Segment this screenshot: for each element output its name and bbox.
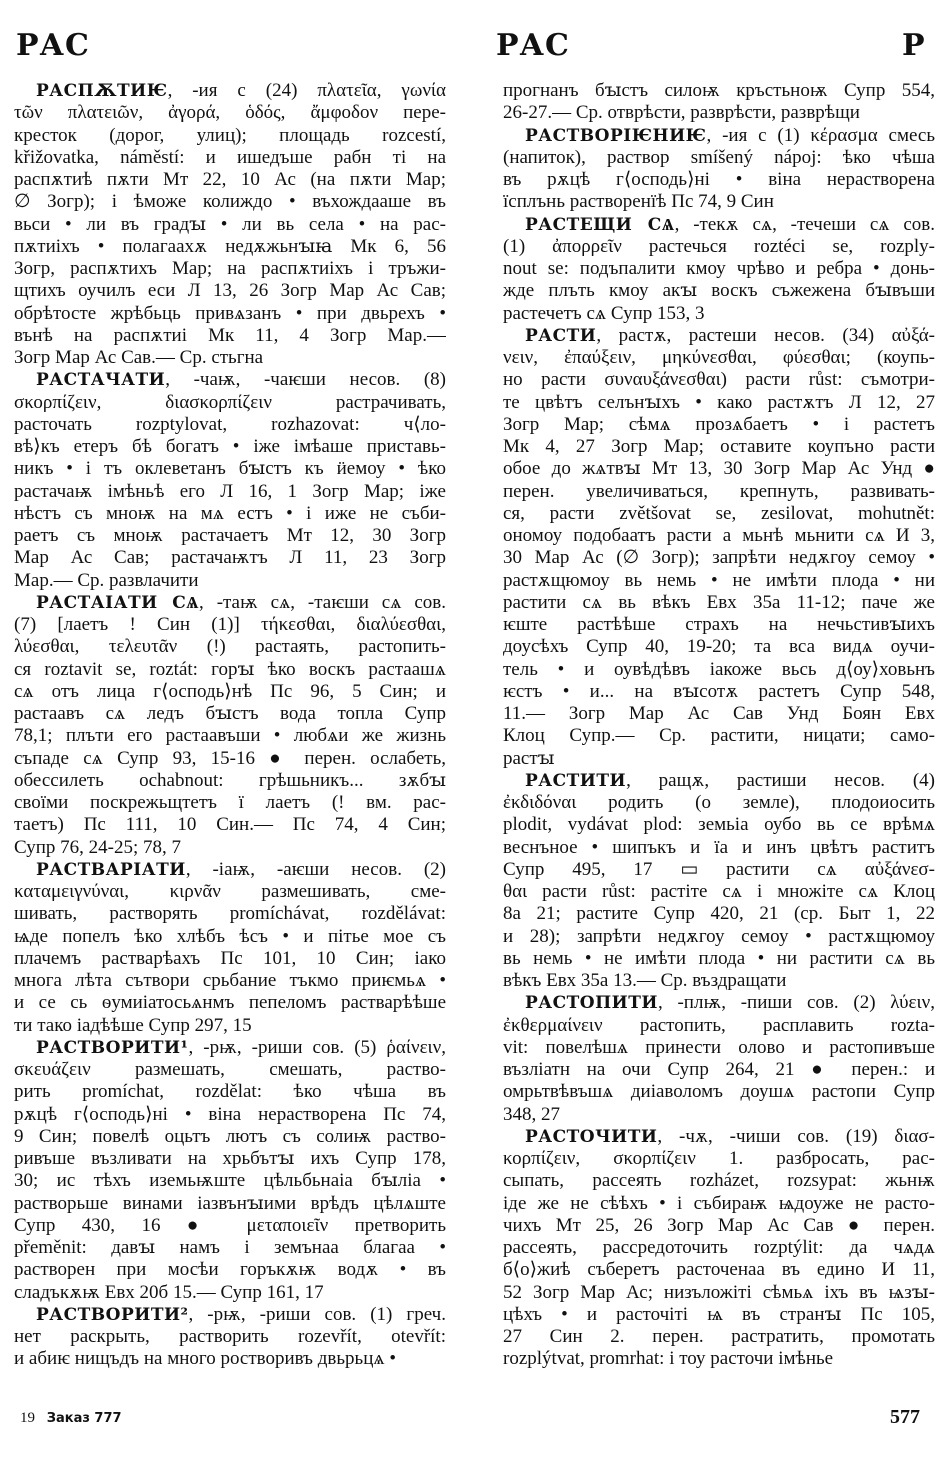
text-line: доусѣхъ Супр 40, 19-20; та вса видѧ оучи… [503,636,935,658]
text-line: (7) [лаетъ ! Син (1)] τήκεσθαι, διαλύεσθ… [14,614,446,636]
text-line: vit: повелѣшѧ принести олово и растопивъ… [503,1037,935,1059]
text-line: плачемъ растварѣахъ Пс 101, 10 Син; іако [14,948,446,970]
text-line: ѥстъ • и... на вꙑсотѫ растетъ Супр 548, [503,681,935,703]
text-line: растечетъ сѧ Супр 153, 3 [503,303,935,325]
text-line: сыпать, рассеять rozházet, rozsypat: жьн… [503,1170,935,1192]
text-line: Зогр, распѫтихъ Мар; на распѫтиіхъ і тръ… [14,258,446,280]
text-line: въ рѫцѣ г⟨осподь⟩ні • віна нерастворена [503,169,935,191]
text-line: τῶν πλατειῶν, ἀγορά, ὁδός, ἄμφοδον пере- [14,102,446,124]
text-line: растворен при мосѣи горъкѫѭ водѫ • въ [14,1259,446,1281]
text-line: но расти συναυξάνεσθαι) расти růst: съмо… [503,369,935,391]
entry-text: , растѫ, растеши несов. (34) αὐξά- [596,325,935,346]
text-line: чихъ Мт 25, 26 Зогр Мар Ас Сав ● перен. [503,1215,935,1237]
text-line: ἐκθερμαίνειν растопить, расплавить rozta… [503,1015,935,1037]
text-line: кресток (дорог, улиц); площадь rozcestí, [14,125,446,147]
text-line: растачаѭ імѣньѣ его Л 16, 1 Зогр Мар; іж… [14,481,446,503]
text-line: омрьтвѣвъшѧ диіаволомъ доушѧ растопи Суп… [503,1081,935,1103]
text-line: сѧ отъ лица г⟨осподь⟩нѣ Пс 96, 5 Син; и [14,681,446,703]
text-line: σκορπίζειν, διασκορπίζειν растрачивать, [14,392,446,414]
text-line: РАСТВОРІѤНИѤ, -ия с (1) κέρασμα смесь [503,125,935,147]
text-line: plodit, vydávat plod: земьіа оубо вь се … [503,814,935,836]
headword: РАСПѪТИѤ [36,81,168,101]
text-line: вѣ⟩къ етеръ бѣ богатъ • іже імѣаше прист… [14,436,446,458]
text-line: обое до жѧтвꙑ Мт 13, 30 Зогр Мар Ас Унд … [503,458,935,480]
text-line: 78,1; плъти его растаавъши • любѧи же жи… [14,725,446,747]
text-line: таетъ) Пс 111, 10 Син.— Пс 74, 4 Син; [14,814,446,836]
text-line: ѩде попелъ ѣко хлѣбъ ѣсъ • и пітье мое с… [14,926,446,948]
text-line: възліатн на очи Супр 264, 21 ● перен.: и [503,1059,935,1081]
text-line: ∅ Зогр); і ѣможе колиждо • въхождааше въ [14,191,446,213]
text-line: РАСТЕЩИ СѦ, -текѫ сѧ, -течеши сѧ сов. [503,214,935,236]
text-line: вь немь • не имѣти плода • ни растити сѧ… [503,948,935,970]
headword: РАСТАЧАТИ [36,370,165,390]
text-line: РАСТАІАТИ СѦ, -таѭ сѧ, -таѥши сѧ сов. [14,592,446,614]
text-line: 52 Зогр Мар Ас; низъложіті сѣмьѧ іхъ въ … [503,1282,935,1304]
signature-number: 19 [20,1410,35,1426]
text-line: (напиток), раствор smíšený nápoj: ѣко чѣ… [503,147,935,169]
text-line: РАСТИ, растѫ, растеши несов. (34) αὐξά- [503,325,935,347]
text-line: и се сь ѳумиіатосьѧнмъ пепеломъ растварѣ… [14,992,446,1014]
text-line: своїми поскрежьщтетъ ї лаетъ (! вм. рас- [14,792,446,814]
entry-text: , -таѭ сѧ, -таѥши сѧ сов. [199,592,446,613]
text-line: 30; ис тѣхъ иземьѭште цѣльбьнаіа бꙑліа • [14,1170,446,1192]
text-line: Супр 495, 17 ▭ растити сѧ αὐξάνεσ- [503,859,935,881]
headword: РАСТИ [525,326,596,346]
printer-signature: 19 Заказ 777 [20,1410,122,1427]
text-line: съпаде сѧ Супр 93, 15-16 ● перен. ослабе… [14,748,446,770]
text-line: ономоу подобаатъ расти а мьнѣ мьнити сѧ … [503,525,935,547]
headword: РАСТОПИТИ [525,993,658,1013]
headword: РАСТВОРИТИ¹ [36,1038,189,1058]
headword: РАСТВОРІѤНИѤ [525,126,707,146]
headword: РАСТАІАТИ СѦ [36,593,199,613]
text-line: шивать, растворять promíchávat, rozděláv… [14,903,446,925]
headword: РАСТЕЩИ СѦ [525,215,675,235]
text-line: растити сѧ вь вѣкъ Евх 35а 11-12; паче ж… [503,592,935,614]
entry-text: , -чѫ, -чиши сов. (19) διασ- [657,1126,935,1147]
text-line: 27 Син 2. перен. растратить, промотать [503,1326,935,1348]
text-line: растворьше винами іазвънꙑими врѣдъ цѣлѧш… [14,1193,446,1215]
text-line: 11.— Зогр Мар Ас Сав Унд Боян Евх [503,703,935,725]
text-line: ѥште растѣѣше страхъ на нечьстивꙑихъ [503,614,935,636]
text-line: ся roztavit se, roztát: горꙑ ѣко воскъ р… [14,659,446,681]
text-line: многа лѣта сътвори срьбание тъкмо приѥмь… [14,970,446,992]
text-line: вѣкъ Евх 35а 13.— Ср. въздращати [503,970,935,992]
text-line: те цвѣтъ селънꙑхъ • како растѫтъ Л 12, 2… [503,392,935,414]
text-line: Зогр Мар; сѣмѧ прозѧбаетъ • і растетъ [503,414,935,436]
text-line: вьси • ли въ градꙑ • ли вь села • на рас… [14,214,446,236]
text-line: нѣстъ съ мноѭ на мѧ естъ • і иже не съби… [14,503,446,525]
text-line: растꙑ [503,748,935,770]
entry-text: , -рѭ, -риши сов. (5) ῥαίνειν, [189,1037,447,1058]
text-line: РАСТВАРІАТИ, -іаѭ, -аѥши несов. (2) [14,859,446,881]
text-line: rozplýtvat, promrhat: і тоу расточи імѣн… [503,1348,935,1370]
text-line: θαι расти růst: растіте сѧ і множіте сѧ … [503,881,935,903]
text-line: перен. увеличиваться, крепнуть, развиват… [503,481,935,503]
text-line: (1) ἀπορρεῖν растечься roztéci se, rozpl… [503,236,935,258]
right-column: прогнанъ бꙑстъ силоѭ кръстьноѭ Супр 554,… [503,80,935,1371]
text-line: жде плъть кмоу акꙑ воскъ съжежена бꙑвъши [503,280,935,302]
text-line: обессилеть ochabnout: грѣшьникъ... зѫбꙑ [14,770,446,792]
text-line: РАСТАЧАТИ, -чаѭ, -чаѥши несов. (8) [14,369,446,391]
running-head-right: Р [902,28,926,63]
signature-text: Заказ 777 [47,1411,122,1426]
text-line: λύεσθαι, τελευτᾶν (!) растаять, растопит… [14,636,446,658]
text-line: рить promíchat, rozdělat: ѣко чѣша въ [14,1081,446,1103]
text-line: ти тако іадѣѣше Супр 297, 15 [14,1015,446,1037]
text-line: κορπίζειν, σκορπίζειν 1. разбросать, рас… [503,1148,935,1170]
text-line: přeměnit: давꙑ намъ і земънаа благаа • [14,1237,446,1259]
text-line: ἐκδιδόναι родить (о земле), плодоиосить [503,792,935,814]
entry-text: , -чаѭ, -чаѥши несов. (8) [165,369,446,390]
text-line: тель • и оувѣдѣвъ іакоже вьсь д⟨оу⟩ховьн… [503,659,935,681]
text-line: Мар.— Ср. развлачити [14,570,446,592]
text-line: никъ • і тъ оклеветанъ бꙑстъ къ ӥемоу • … [14,458,446,480]
text-line: рѫцѣ г⟨осподь⟩ні • віна нерастворена Пс … [14,1104,446,1126]
text-line: Мк 4, 27 Зогр Мар; оставите коупъно раст… [503,436,935,458]
text-line: прогнанъ бꙑстъ силоѭ кръстьноѭ Супр 554, [503,80,935,102]
text-line: 348, 27 [503,1104,935,1126]
text-line: 8а 21; растите Супр 420, 21 (ср. Быт 1, … [503,903,935,925]
entry-text: , -іаѭ, -аѥши несов. (2) [186,859,446,880]
text-line: їсплънь растворенїѣ Пс 74, 9 Син [503,191,935,213]
text-line: Мар Ас Сав; растачаѭтъ Л 11, 23 Зогр [14,547,446,569]
text-line: іде же не сѣѣхъ • і събираѭ ѩдоуже не ра… [503,1193,935,1215]
text-line: цѣхъ • и расточіті ѩ въ странꙑ Пс 105, [503,1304,935,1326]
text-line: рассеять, рассредоточить rozptýlit: да ч… [503,1237,935,1259]
entry-text: , -плѭ, -пиши сов. (2) λύειν, [658,992,935,1013]
text-line: РАСТОЧИТИ, -чѫ, -чиши сов. (19) διασ- [503,1126,935,1148]
entry-text: , ращѫ, растиши несов. (4) [626,770,935,791]
text-line: и абиѥ нищъдъ на много ростворивъ двьрьц… [14,1348,446,1370]
text-line: вънѣ на распѫтиі Мк 11, 4 Зогр Мар.— [14,325,446,347]
text-line: и 28); запрѣти недѫгоу семоу • растѫщюмо… [503,926,935,948]
text-line: Клоц Супр.— Ср. растити, ницати; само- [503,725,935,747]
text-line: раетъ съ мноѭ растачаетъ Мт 12, 30 Зогр [14,525,446,547]
text-line: 26-27.— Ср. отврѣсти, разврѣсти, разврѣщ… [503,102,935,124]
left-column: РАСПѪТИѤ, -ия с (24) πλατεῖα, γωνίατῶν π… [14,80,446,1371]
text-line: křižovatka, náměstí: и ишедъше рабн ті н… [14,147,446,169]
text-line: щтихъ оучилъ еси Л 13, 26 Зогр Мар Ас Са… [14,280,446,302]
text-line: РАСТВОРИТИ¹, -рѭ, -риши сов. (5) ῥαίνειν… [14,1037,446,1059]
text-line: расточать rozptylovat, rozhazovat: ч⟨ло- [14,414,446,436]
running-head-left: РАС [16,28,90,63]
text-line: распѫтиѣ пѫти Мт 22, 10 Ас (на пѫти Мар; [14,169,446,191]
text-line: 9 Син; повелѣ оцьтъ лютъ съ солиѭ раство… [14,1126,446,1148]
entry-text: , -рѭ, -риши сов. (1) греч. [189,1304,447,1325]
text-line: РАСТИТИ, ращѫ, растиши несов. (4) [503,770,935,792]
text-line: νειν, ἐπαύξειν, μηκύνεσθαι, φύεσθαι; (ко… [503,347,935,369]
text-line: пѫтиіхъ • полагаахѫ недѫжьнꙑꙗ Мк 6, 56 [14,236,446,258]
headword: РАСТВАРІАТИ [36,860,186,880]
entry-text: , -ия с (24) πλατεῖα, γωνία [168,80,446,101]
text-line: РАСТОПИТИ, -плѭ, -пиши сов. (2) λύειν, [503,992,935,1014]
text-line: РАСПѪТИѤ, -ия с (24) πλατεῖα, γωνία [14,80,446,102]
text-line: ривъше възливати на хрьбътꙑ ихъ Супр 178… [14,1148,446,1170]
text-line: нет раскрыть, растворить rozevřít, otevř… [14,1326,446,1348]
text-line: σκευάζειν размешать, смешать, раство- [14,1059,446,1081]
running-head-center: РАС [496,28,570,63]
text-line: nout se: подъпалити кмоу чрѣво и ребра •… [503,258,935,280]
text-line: Супр 76, 24-25; 78, 7 [14,837,446,859]
headword: РАСТОЧИТИ [525,1127,657,1147]
headword: РАСТИТИ [525,771,626,791]
text-line: καταμειγνύναι, κιρνᾶν размешивать, сме- [14,881,446,903]
text-line: растѫщюмоу вь немь • не имѣти плода • ни [503,570,935,592]
text-line: веснъное • шипъкъ и їа и инъ цвѣтъ расти… [503,837,935,859]
text-line: РАСТВОРИТИ², -рѭ, -риши сов. (1) греч. [14,1304,446,1326]
headword: РАСТВОРИТИ² [36,1305,189,1325]
text-line: Супр 430, 16 ● μεταποιεῖν претворить [14,1215,446,1237]
text-line: растаавъ сѧ ледъ бꙑстъ вода топла Супр [14,703,446,725]
text-line: Зогр Мар Ас Сав.— Ср. стьгна [14,347,446,369]
text-line: сладъкѫѭ Евх 20б 15.— Супр 161, 17 [14,1282,446,1304]
entry-text: , -текѫ сѧ, -течеши сѧ сов. [675,214,935,235]
text-line: обрѣтосте жрѣбьць привѧзанъ • при двьрех… [14,303,446,325]
page-number: 577 [890,1406,920,1429]
text-line: ся, расти zvětšovat se, zesilovat, mohut… [503,503,935,525]
entry-text: , -ия с (1) κέρασμα смесь [707,125,936,146]
text-line: б⟨о⟩жиѣ съберетъ расточенаа въ едино И 1… [503,1259,935,1281]
text-line: 30 Мар Ас (∅ Зогр); запрѣти недѫгоу семо… [503,547,935,569]
